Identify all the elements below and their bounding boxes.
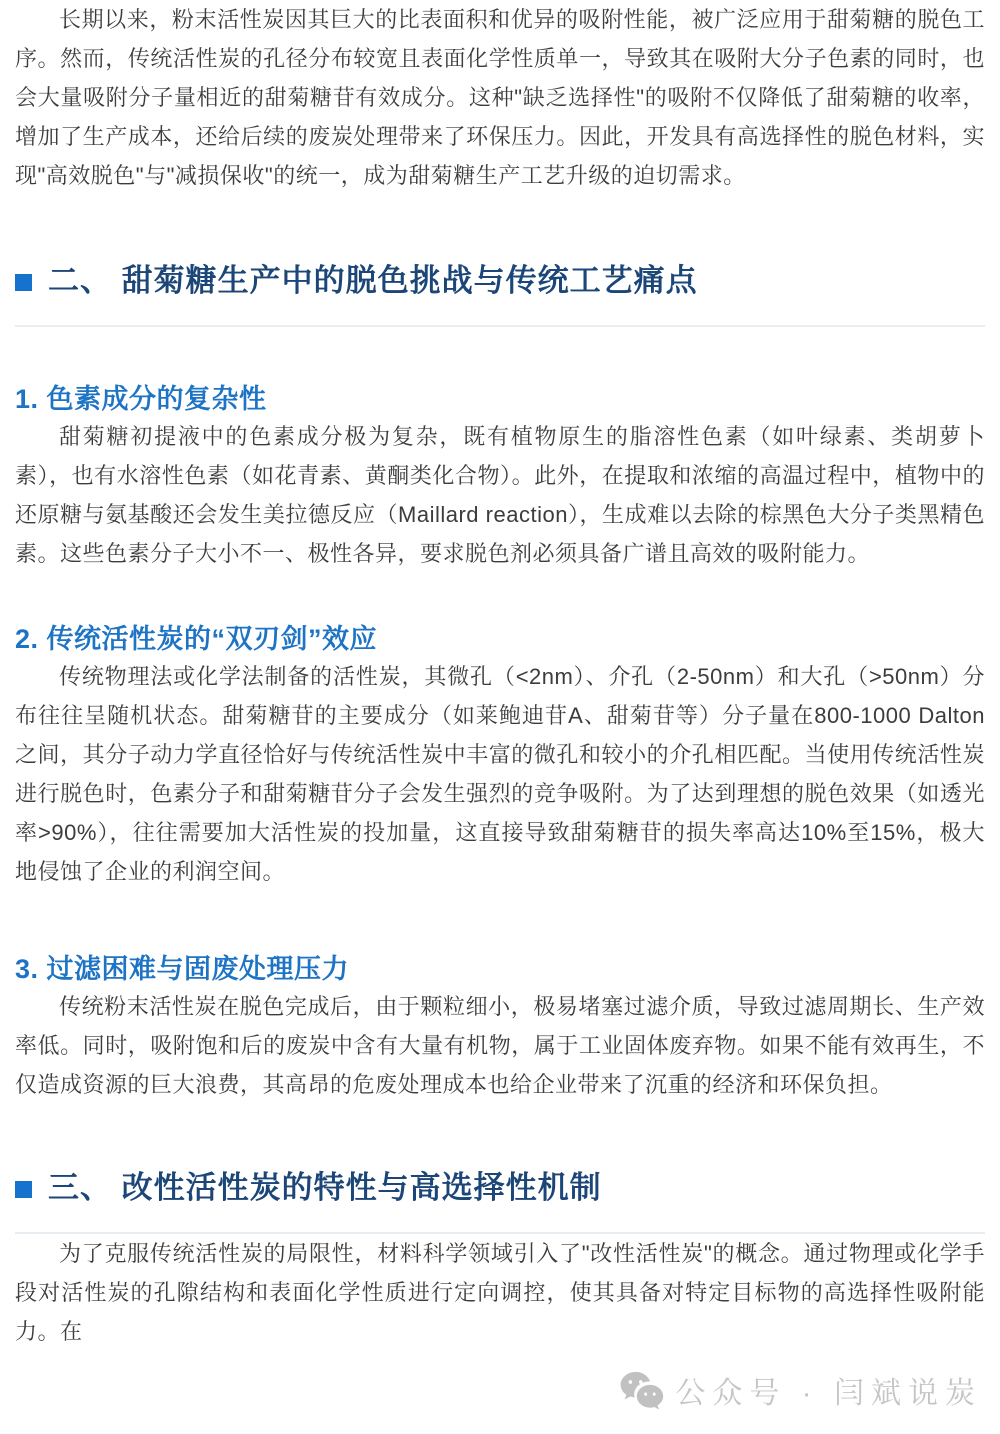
article-page: 长期以来，粉末活性炭因其巨大的比表面积和优异的吸附性能，被广泛应用于甜菊糖的脱色… [0, 0, 1000, 1434]
section-3-title: 三、 改性活性炭的特性与高选择性机制 [48, 1166, 602, 1210]
square-bullet-icon [15, 1181, 32, 1198]
intro-paragraph: 长期以来，粉末活性炭因其巨大的比表面积和优异的吸附性能，被广泛应用于甜菊糖的脱色… [15, 0, 985, 195]
section-2-heading-row: 二、 甜菊糖生产中的脱色挑战与传统工艺痛点 [15, 259, 985, 303]
watermark-text: 公众号 · 闫斌说炭 [675, 1368, 982, 1412]
section-3-body: 为了克服传统活性炭的局限性，材料科学领域引入了"改性活性炭"的概念。通过物理或化… [15, 1234, 985, 1351]
subsection-2-heading: 2. 传统活性炭的“双刃剑”效应 [15, 621, 985, 657]
wechat-watermark: 公众号 · 闫斌说炭 [619, 1368, 982, 1412]
section-2-title: 二、 甜菊糖生产中的脱色挑战与传统工艺痛点 [48, 259, 698, 303]
subsection-1-heading: 1. 色素成分的复杂性 [15, 381, 985, 417]
section-divider [15, 325, 985, 327]
wechat-icon [619, 1370, 665, 1410]
subsection-3-heading: 3. 过滤困难与固废处理压力 [15, 951, 985, 987]
subsection-1-body: 甜菊糖初提液中的色素成分极为复杂，既有植物原生的脂溶性色素（如叶绿素、类胡萝卜素… [15, 417, 985, 573]
subsection-3-body: 传统粉末活性炭在脱色完成后，由于颗粒细小，极易堵塞过滤介质，导致过滤周期长、生产… [15, 987, 985, 1104]
section-3-heading-row: 三、 改性活性炭的特性与高选择性机制 [15, 1166, 985, 1210]
subsection-2-body: 传统物理法或化学法制备的活性炭，其微孔（<2nm）、介孔（2-50nm）和大孔（… [15, 657, 985, 891]
square-bullet-icon [15, 274, 32, 291]
